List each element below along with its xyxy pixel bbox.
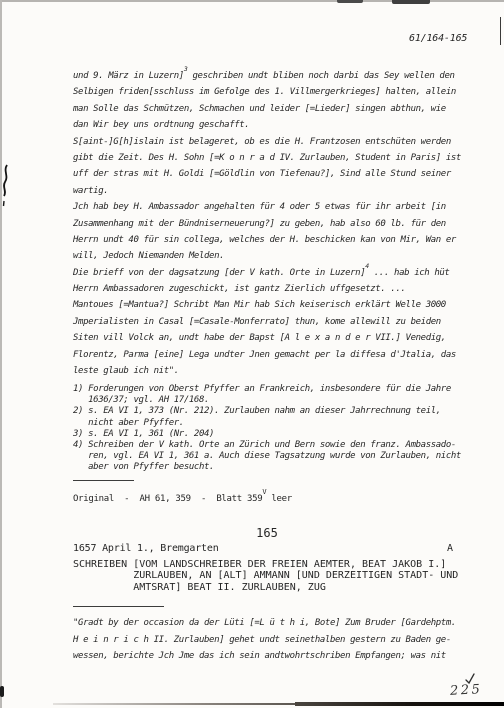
text-line: und 9. März in Luzern]3 geschriben undt … [73,64,461,80]
title-line: AMTSRAT] BEAT II. ZURLAUBEN, ZUG [73,582,458,593]
scan-bottom-edge [295,702,504,706]
quote-line: H e i n r i c h II. Zurlauben] gehet und… [73,632,456,649]
entry-164-body-text: und 9. März in Luzern]3 geschriben undt … [73,64,461,375]
archive-reference: 61/164-165 [409,33,467,44]
text-line: gibt die Zeit. Des H. Sohn [=K o n r a d… [73,146,461,162]
footnote-line: 4) Schreiben der V kath. Orte an Zürich … [73,440,461,451]
footnote-line: ren, vgl. EA VI 1, 361 a. Auch diese Tag… [73,451,461,462]
text-line: will, Jedoch Niemanden Melden. [73,244,461,260]
text-line: Mantoues [=Mantua?] Schribt Man Mir hab … [73,293,461,309]
title-line: SCHREIBEN [VOM LANDSCHREIBER DER FREIEN … [73,559,458,570]
title-separator-rule [73,606,164,607]
footnote-line: 3) s. EA VI 1, 361 (Nr. 204) [73,429,461,440]
handwritten-page-number: 225 [450,682,483,699]
scan-left-edge-mark [0,686,4,697]
title-line: ZURLAUBEN, AN [ALT] AMMANN [UND DERZEITI… [73,570,458,581]
text-line: Herrn Ambassadoren zugeschickt, ist gant… [73,277,461,293]
text-line: Herrn undt 40 für sin collega, welches d… [73,228,461,244]
text-line: man Solle das Schmützen, Schmachen und l… [73,97,461,113]
source-text: leer [266,494,292,504]
scan-top-mark [337,0,363,3]
text-line: Jmperialisten in Casal [=Casale-Monferra… [73,310,461,326]
text-line: Die brieff von der dagsatzung [der V kat… [73,261,461,277]
text-line: Selbigen friden[sschluss im Gefolge des … [73,80,461,96]
scan-bottom-edge [53,703,303,705]
text-line: dan Wir bey uns ordtnung geschafft. [73,113,461,129]
entry-164-footnotes: 1) Forderungen von Oberst Pfyffer an Fra… [73,384,461,474]
entry-165-title: SCHREIBEN [VOM LANDSCHREIBER DER FREIEN … [73,559,458,593]
text-line: S[aint-]G[h]islain ist belageret, ob es … [73,130,461,146]
entry-date-place: 1657 April 1., Bremgarten [73,542,219,555]
footnote-line: 1636/37; vgl. AH 17/168. [73,395,461,406]
scan-left-edge [0,0,2,708]
quote-line: wessen, berichte Jch Jme das ich sein an… [73,648,456,665]
footnote-line: 2) s. EA VI 1, 373 (Nr. 212). Zurlauben … [73,406,461,417]
source-superscript: V [262,488,266,496]
entry-number: 165 [73,526,461,540]
entry-165-quote: "Gradt by der occasion da der Lüti [=L ü… [73,615,456,665]
text-line: Zusammenhang mit der Bündniserneuerung?]… [73,212,461,228]
footnote-separator-rule [73,480,134,481]
entry-series-mark: A [447,542,453,555]
text-line: Siten vill Volck an, undt habe der Bapst… [73,326,461,342]
footnote-line: nicht aber Pfyffer. [73,418,461,429]
footnote-line: aber von Pfyffer besucht. [73,462,461,473]
text-line: Florentz, Parma [eine] Lega undter Jnen … [73,343,461,359]
source-text: Original - AH 61, 359 - Blatt 359 [73,494,262,504]
source-line: Original - AH 61, 359 - Blatt 359V leer [73,489,292,506]
scanned-document-page: 61/164-165 und 9. März in Luzern]3 gesch… [0,0,504,708]
scan-top-mark [392,0,430,4]
text-line: wartig. [73,179,461,195]
text-line: Jch hab bey H. Ambassador angehalten für… [73,195,461,211]
scan-right-edge-mark [500,17,502,45]
text-line: leste glaub ich nit". [73,359,461,375]
text-line: uff der stras mit H. Goldi [=Göldlin von… [73,162,461,178]
footnote-line: 1) Forderungen von Oberst Pfyffer an Fra… [73,384,461,395]
quote-line: "Gradt by der occasion da der Lüti [=L ü… [73,615,456,632]
margin-squiggle-mark [0,163,12,209]
